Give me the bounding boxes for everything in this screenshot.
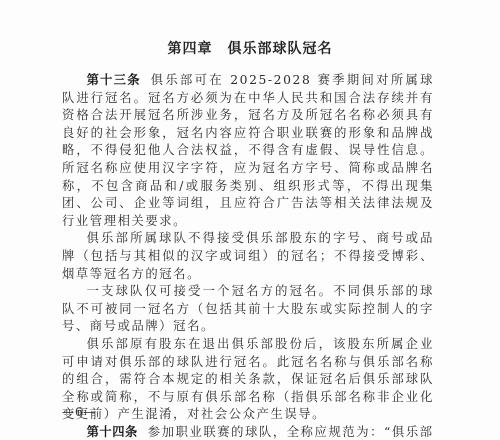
page-number: —6— [62, 405, 97, 419]
document-body: 第十三条俱乐部可在 2025-2028 赛季期间对所属球队进行冠名。冠名方必须为… [62, 72, 434, 440]
article-14-paragraph-1: 第十四条参加职业联赛的球队，全称应规范为：“俱乐部 [62, 424, 434, 440]
article-13-text-1: 俱乐部可在 2025-2028 赛季期间对所属球队进行冠名。冠名方必须为在中华人… [62, 73, 434, 228]
article-13-label: 第十三条 [87, 73, 141, 87]
article-13-paragraph-1: 第十三条俱乐部可在 2025-2028 赛季期间对所属球队进行冠名。冠名方必须为… [62, 72, 434, 230]
article-13-paragraph-4: 俱乐部原有股东在退出俱乐部股份后，该股东所属企业可申请对俱乐部的球队进行冠名。此… [62, 336, 434, 424]
article-13-paragraph-2: 俱乐部所属球队不得接受俱乐部股东的字号、商号或品牌（包括与其相似的汉字或词组）的… [62, 230, 434, 283]
article-14-text-1: 参加职业联赛的球队，全称应规范为：“俱乐部 [148, 425, 434, 439]
chapter-title: 第四章 俱乐部球队冠名 [0, 38, 500, 58]
document-page: 第四章 俱乐部球队冠名 第十三条俱乐部可在 2025-2028 赛季期间对所属球… [0, 0, 500, 440]
article-13-paragraph-3: 一支球队仅可接受一个冠名方的冠名。不同俱乐部的球队不可被同一冠名方（包括其前十大… [62, 283, 434, 336]
article-14-label: 第十四条 [87, 425, 138, 439]
